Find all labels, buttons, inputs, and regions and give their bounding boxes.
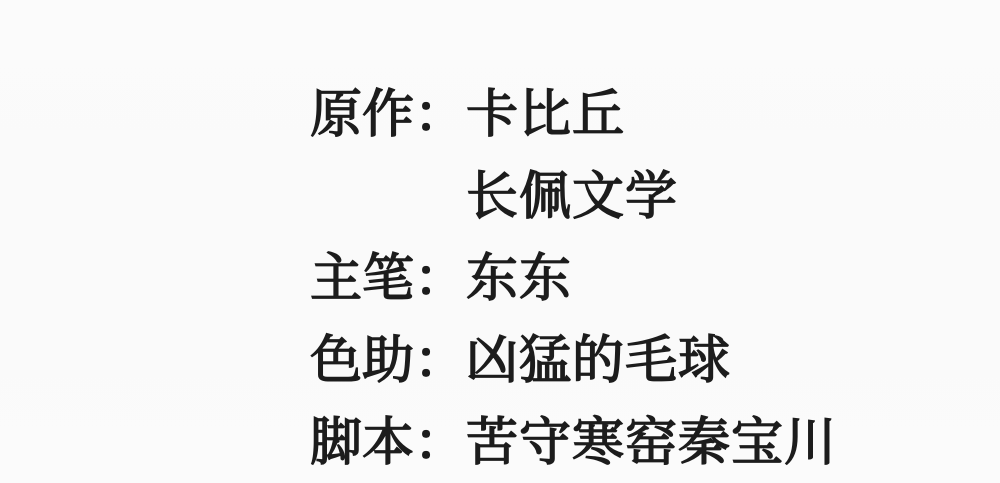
credit-name: 苦守寒窑秦宝川 [466,417,837,469]
credit-role-label: 色助： [310,335,466,387]
credit-role-label: 主笔： [310,253,466,305]
credit-line-lead-artist: 主笔： 东东 [310,238,837,320]
credit-name: 卡比丘 [466,89,625,141]
credit-line-publisher: 长佩文学 [310,156,837,238]
credits-block: 原作： 卡比丘 长佩文学 主笔： 东东 色助： 凶猛的毛球 脚本： 苦守寒窑秦宝… [310,74,837,483]
credit-role-label: 脚本： [310,417,466,469]
credit-line-original-author: 原作： 卡比丘 [310,74,837,156]
credit-line-color-assistant: 色助： 凶猛的毛球 [310,320,837,402]
credit-name: 长佩文学 [466,171,678,223]
credit-name: 凶猛的毛球 [466,335,731,387]
credit-role-label: 原作： [310,89,466,141]
credit-name: 东东 [466,253,572,305]
credit-line-script: 脚本： 苦守寒窑秦宝川 [310,402,837,483]
